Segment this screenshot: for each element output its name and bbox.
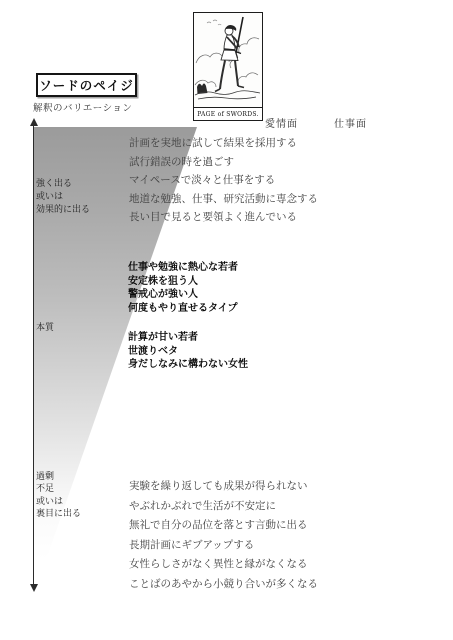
intensity-axis-line — [33, 125, 35, 585]
interpretation-line: 長い目で見ると要領よく進んでいる — [129, 208, 318, 227]
section-excess-meanings: 実験を繰り返しても成果が得られない やぶれかぶれで生活が不安定に 無礼で自分の品… — [129, 477, 318, 595]
interpretation-line: 計算が甘い若者 — [128, 331, 248, 345]
interpretation-line: 何度もやり直せるタイプ — [128, 302, 238, 316]
section-essence-positive: 仕事や勉強に熱心な若者 安定株を狙う人 警戒心が強い人 何度もやり直せるタイプ — [128, 261, 238, 316]
interpretation-line: 安定株を狙う人 — [128, 275, 238, 289]
subtitle: 解釈のバリエーション — [33, 100, 132, 114]
zone-label-strong: 強く出る 或いは 効果的に出る — [36, 178, 90, 217]
page-title: ソードのペイジ — [39, 76, 134, 94]
interpretation-line: 警戒心が強い人 — [128, 288, 238, 302]
zone-label-essence: 本質 — [36, 322, 54, 335]
interpretation-line: ことばのあやから小競り合いが多くなる — [129, 575, 318, 595]
arrow-down-icon — [30, 584, 38, 592]
interpretation-line: 実験を繰り返しても成果が得られない — [129, 477, 318, 497]
interpretation-line: 無礼で自分の品位を落とす言動に出る — [129, 516, 318, 536]
column-header-love: 愛情面 — [265, 115, 298, 130]
zone-label-line: 裏目に出る — [36, 508, 81, 520]
interpretation-line: 女性らしさがなく異性と縁がなくなる — [129, 555, 318, 575]
interpretation-line: やぶれかぶれで生活が不安定に — [129, 497, 318, 517]
zone-label-excess: 過剰 不足 或いは 裏目に出る — [36, 471, 81, 521]
section-strong-meanings: 計画を実地に試して結果を採用する 試行錯誤の時を過ごす マイペースで淡々と仕事を… — [129, 134, 318, 227]
interpretation-line: 試行錯誤の時を過ごす — [129, 153, 318, 172]
page-of-swords-illustration — [194, 13, 261, 107]
interpretation-line: 仕事や勉強に熱心な若者 — [128, 261, 238, 275]
card-caption: PAGE of SWORDS. — [194, 107, 262, 120]
interpretation-line: 長期計画にギブアップする — [129, 536, 318, 556]
zone-label-line: 不足 — [36, 483, 81, 495]
interpretation-line: マイペースで淡々と仕事をする — [129, 171, 318, 190]
interpretation-line: 計画を実地に試して結果を採用する — [129, 134, 318, 153]
zone-label-line: 強く出る — [36, 178, 90, 191]
interpretation-line: 世渡りベタ — [128, 345, 248, 359]
interpretation-line: 身だしなみに構わない女性 — [128, 358, 248, 372]
zone-label-line: 効果的に出る — [36, 204, 90, 217]
card-title-box: ソードのペイジ — [36, 73, 137, 97]
column-header-work: 仕事面 — [334, 115, 367, 130]
section-essence-negative: 計算が甘い若者 世渡りベタ 身だしなみに構わない女性 — [128, 331, 248, 372]
zone-label-line: 或いは — [36, 496, 81, 508]
tarot-card: PAGE of SWORDS. — [193, 12, 263, 121]
zone-label-line: 或いは — [36, 191, 90, 204]
zone-label-line: 過剰 — [36, 471, 81, 483]
interpretation-line: 地道な勉強、仕事、研究活動に専念する — [129, 190, 318, 209]
